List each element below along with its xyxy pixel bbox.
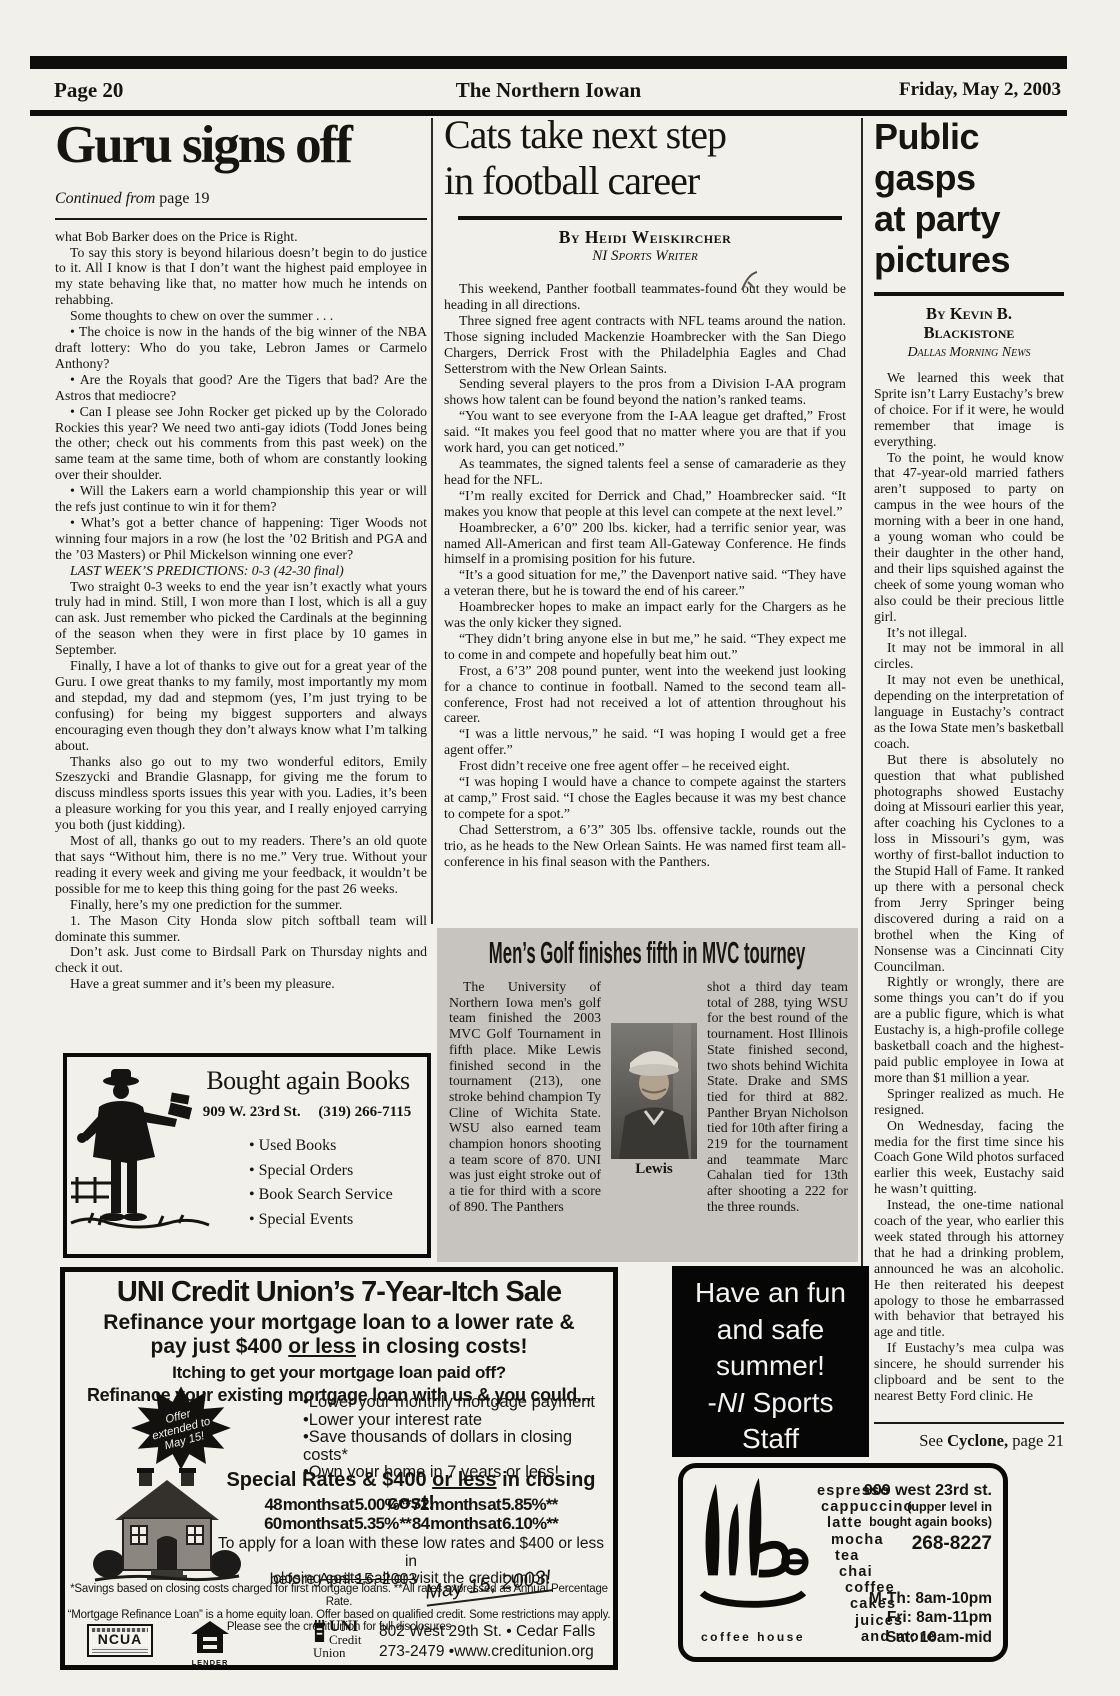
paragraph: • The choice is now in the hands of the …: [55, 324, 427, 372]
column-divider: [431, 118, 433, 924]
rule: [55, 218, 427, 220]
paragraph: what Bob Barker does on the Price is Rig…: [55, 229, 427, 245]
paragraph: “I’m really excited for Derrick and Chad…: [444, 488, 846, 520]
ncua-logo: NCUA: [87, 1624, 153, 1657]
golf-text-left: The University of Northern Iowa men's go…: [449, 979, 601, 1215]
uni-credit-union-ad: UNI Credit Union’s 7-Year-Itch Sale Refi…: [60, 1267, 618, 1670]
cu-ad-rates: 60 months at 5.35% ** 84 months at 6.10%…: [215, 1514, 607, 1534]
menu-item: chai: [817, 1564, 936, 1580]
article-guru-signs-off: Guru signs off Continued from page 19 wh…: [55, 118, 427, 1021]
paragraph: • What’s got a better chance of happenin…: [55, 515, 427, 563]
paragraph: “They didn’t bring anyone else in but me…: [444, 631, 846, 663]
bought-again-books-ad: Bought again Books 909 W. 23rd St. (319)…: [63, 1053, 431, 1258]
golf-headline: Men’s Golf finishes fifth in MVC tourney: [437, 928, 858, 971]
pen-mark-icon: [740, 270, 760, 292]
paragraph: As teammates, the signed talents feel a …: [444, 456, 846, 488]
paragraph: But there is absolutely no question that…: [874, 752, 1064, 975]
phone-number: (319) 266-7115: [318, 1104, 411, 1120]
rule: [874, 292, 1064, 296]
vibe-coffee-house-ad: coffee house espressocappuccinolattemoch…: [678, 1463, 1008, 1662]
headline-line: pictures: [874, 239, 1064, 280]
equal-housing-house-icon: [190, 1620, 230, 1654]
vibe-logo-subtext: coffee house: [693, 1630, 813, 1644]
article-public-gasps: Publicgaspsat partypictures By Kevin B. …: [874, 116, 1064, 1488]
headline-line: Public: [874, 116, 1064, 157]
hours-line: Sat: 10am-mid: [869, 1628, 992, 1648]
cu-ad-subtitle: pay just $400 or less in closing costs!: [65, 1335, 613, 1359]
paragraph: Most of all, thanks go out to my readers…: [55, 833, 427, 897]
byline-source: Dallas Morning News: [874, 345, 1064, 361]
paragraph: Don’t ask. Just come to Birdsall Park on…: [55, 944, 427, 976]
guru-headline: Guru signs off: [55, 118, 427, 174]
hours-line: Fri: 8am-11pm: [869, 1608, 992, 1628]
offer-starburst-icon: Offer extended to May 15!: [129, 1384, 233, 1472]
list-item: • Special Events: [249, 1208, 393, 1233]
headline-line: gasps: [874, 157, 1064, 198]
paragraph: It may not be immoral in all circles.: [874, 640, 1064, 672]
bookseller-clipart: [69, 1061, 211, 1243]
ni-sports-message-box: Have an fun and safe summer! -NI Sports …: [672, 1266, 869, 1457]
paragraph: 1. The Mason City Honda slow pitch softb…: [55, 913, 427, 945]
paragraph: • Are the Royals that good? Are the Tige…: [55, 372, 427, 404]
newspaper-page: Page 20 The Northern Iowan Friday, May 2…: [0, 0, 1120, 1696]
paragraph: Have a great summer and it’s been my ple…: [55, 976, 427, 992]
phone-and-url: 273-2479 •www.creditunion.org: [379, 1642, 607, 1662]
phone-number: 268-8227: [864, 1533, 992, 1555]
ncua-micro-text: [92, 1647, 148, 1653]
rule: [458, 216, 842, 220]
list-item: • Special Orders: [249, 1159, 393, 1184]
paragraph: Hoambrecker, a 6’0” 200 lbs. kicker, had…: [444, 520, 846, 568]
issue-date: Friday, May 2, 2003: [899, 79, 1061, 101]
mens-golf-brief: Men’s Golf finishes fifth in MVC tourney…: [437, 928, 858, 1262]
photo-caption: Lewis: [610, 1161, 698, 1178]
street-address: 802 West 29th St. • Cedar Falls: [379, 1622, 607, 1642]
paragraph: To say this story is beyond hilarious do…: [55, 245, 427, 309]
paragraph: It may not even be unethical, depending …: [874, 672, 1064, 752]
page-header: Page 20 The Northern Iowan Friday, May 2…: [30, 76, 1067, 108]
paragraph: Finally, I have a lot of thanks to give …: [55, 658, 427, 753]
paragraph: “I was hoping I would have a chance to c…: [444, 774, 846, 822]
cu-ad-title: UNI Credit Union’s 7-Year-Itch Sale: [65, 1276, 613, 1309]
paragraph: Instead, the one-time national coach of …: [874, 1197, 1064, 1340]
paragraph: Frost, a 6’3” 208 pound punter, went int…: [444, 663, 846, 727]
golf-text-right: shot a third day team total of 288, tyin…: [707, 979, 848, 1215]
paragraph: Chad Setterstrom, a 6’3” 305 lbs. offens…: [444, 822, 846, 870]
paragraph: Hoambrecker hopes to make an impact earl…: [444, 599, 846, 631]
street-address: 909 west 23rd st.: [864, 1482, 992, 1500]
byline-title: NI Sports Writer: [444, 248, 846, 265]
books-ad-title: Bought again Books: [195, 1066, 421, 1096]
books-ad-address: 909 W. 23rd St. (319) 266-7115: [189, 1104, 425, 1121]
credit-union-building-icon: [313, 1620, 326, 1642]
rule: [874, 1422, 1064, 1424]
paragraph: LAST WEEK’S PREDICTIONS: 0-3 (42-30 fina…: [55, 563, 427, 579]
paragraph: This weekend, Panther football teammates…: [444, 281, 846, 313]
article-cats-next-step: Cats take next step in football career B…: [444, 112, 846, 909]
list-item: •Lower your monthly mortgage payment: [303, 1394, 613, 1412]
list-item: • Used Books: [249, 1134, 393, 1159]
paragraph: Finally, here’s my one prediction for th…: [55, 897, 427, 913]
books-ad-services: • Used Books• Special Orders• Book Searc…: [249, 1134, 393, 1232]
public-body-text: We learned this week that Sprite isn’t L…: [874, 370, 1064, 1417]
public-headline: Publicgaspsat partypictures: [874, 116, 1064, 280]
vibe-hours: M-Th: 8am-10pmFri: 8am-11pmSat: 10am-mid: [869, 1589, 992, 1648]
top-rule: [30, 56, 1067, 69]
paragraph: “You want to see everyone from the I-AA …: [444, 408, 846, 456]
paragraph: “I was a little nervous,” he said. “I wa…: [444, 726, 846, 758]
guru-body-text: what Bob Barker does on the Price is Rig…: [55, 229, 427, 1021]
paragraph: • Will the Lakers earn a world champions…: [55, 483, 427, 515]
cu-ad-contact: 802 West 29th St. • Cedar Falls 273-2479…: [379, 1622, 607, 1662]
paragraph: Thanks also go out to my two wonderful e…: [55, 754, 427, 834]
paragraph: It’s not illegal.: [874, 625, 1064, 641]
golfer-photo: [611, 1023, 697, 1159]
cats-body-text: This weekend, Panther football teammates…: [444, 281, 846, 909]
cu-ad-rates: 48 months at 5.00%** 72 months at 5.85%*…: [215, 1495, 607, 1515]
cats-headline: Cats take next step in football career: [444, 112, 846, 204]
paragraph: Three signed free agent contracts with N…: [444, 313, 846, 377]
paragraph: We learned this week that Sprite isn’t L…: [874, 370, 1064, 450]
list-item: •Lower your interest rate: [303, 1412, 613, 1430]
street-address: 909 W. 23rd St.: [203, 1104, 301, 1120]
paragraph: If Eustachy’s mea culpa was sincere, he …: [874, 1340, 1064, 1404]
column-divider: [861, 118, 863, 1446]
byline: By Kevin B. Blackistone: [874, 304, 1064, 342]
paragraph: Some thoughts to chew on over the summer…: [55, 308, 427, 324]
paragraph: Springer realized as much. He resigned.: [874, 1086, 1064, 1118]
vibe-logo: [693, 1474, 811, 1630]
paragraph: To the point, he would know that 47-year…: [874, 450, 1064, 625]
paragraph: • Can I please see John Rocker get picke…: [55, 404, 427, 484]
paragraph: Sending several players to the pros from…: [444, 376, 846, 408]
paragraph: Rightly or wrongly, there are some thing…: [874, 974, 1064, 1085]
continued-on-note: See Cyclone, page 21: [874, 1431, 1064, 1451]
list-item: •Save thousands of dollars in closing co…: [303, 1429, 613, 1464]
headline-line: at party: [874, 198, 1064, 239]
paragraph: “It’s a good situation for me,” the Dave…: [444, 567, 846, 599]
cu-ad-footer: NCUA LENDER UNI Credit Union: [87, 1620, 607, 1664]
cu-ad-subtitle: Refinance your mortgage loan to a lower …: [65, 1311, 613, 1335]
continued-from-note: Continued from page 19: [55, 190, 427, 208]
paragraph: Two straight 0-3 weeks to end the year i…: [55, 579, 427, 659]
vibe-contact: 909 west 23rd st. (upper level in bought…: [864, 1482, 992, 1555]
paragraph: On Wednesday, facing the media for the f…: [874, 1118, 1064, 1198]
cu-ad-tagline: Itching to get your mortgage loan paid o…: [65, 1363, 613, 1383]
hours-line: M-Th: 8am-10pm: [869, 1589, 992, 1609]
uni-credit-union-logo: UNI Credit Union: [313, 1620, 375, 1659]
paragraph: Frost didn’t receive one free agent offe…: [444, 758, 846, 774]
byline: By Heidi Weiskircher: [444, 227, 846, 248]
list-item: • Book Search Service: [249, 1183, 393, 1208]
equal-housing-lender-logo: LENDER: [187, 1620, 233, 1667]
